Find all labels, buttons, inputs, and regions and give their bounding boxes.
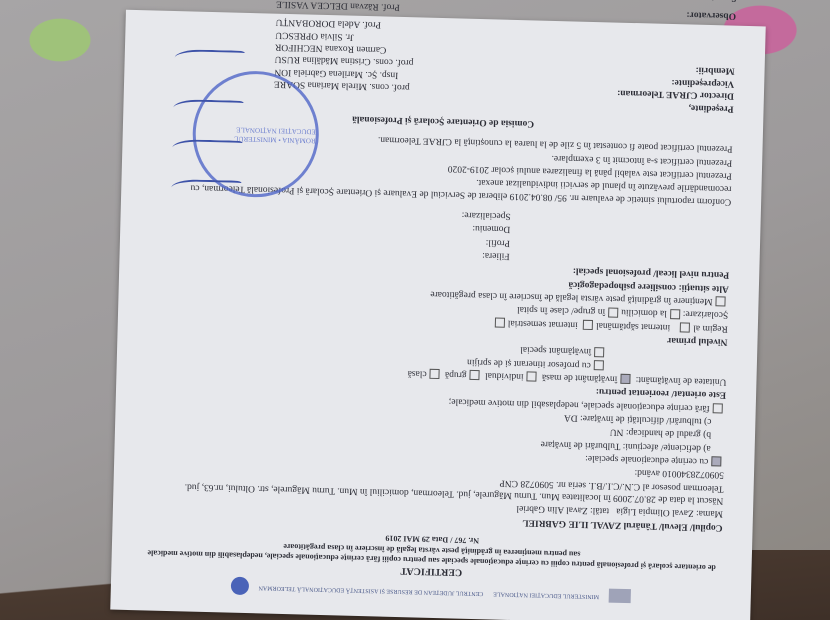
certificate-content: MINISTERUL EDUCAȚIEI NAȚIONALE CENTRUL J…	[141, 29, 736, 608]
mode-option: grupă	[445, 369, 467, 380]
checkbox-special	[594, 347, 604, 357]
checkbox-group	[470, 370, 480, 380]
checkbox-home	[670, 309, 680, 319]
signature	[174, 49, 245, 73]
internat-option: internat săptămânal	[596, 320, 670, 332]
certificate-paper: MINISTERUL EDUCAȚIEI NAȚIONALE CENTRUL J…	[110, 10, 765, 620]
checkbox-individual	[526, 372, 536, 382]
checkbox-no-cues	[713, 403, 723, 413]
unit-option: învățământ de masă	[542, 372, 618, 384]
schooling-label: Școlarizare:	[683, 309, 729, 320]
checkbox-mass	[620, 374, 630, 384]
unit-option: învățământ special	[520, 345, 591, 357]
checkbox-weekly	[583, 320, 593, 330]
internat-option: internat semestrial	[508, 318, 578, 330]
cues-label: cu cerințe educaționale speciale:	[585, 453, 708, 466]
regime-label: Regim al	[693, 322, 728, 333]
father: tatăl: Zaval Alin Gabriel	[516, 504, 609, 516]
checkbox-itinerant	[594, 360, 604, 370]
cjrae-logo-icon	[230, 577, 248, 595]
checkbox-regime	[680, 322, 690, 332]
mode-option: individual	[485, 370, 524, 381]
unit-option: cu profesor itinerant și de sprijin	[467, 356, 591, 369]
checkbox-semester	[495, 317, 505, 327]
schooling-option: în grupe/ clase în spital	[517, 304, 605, 316]
checkbox-class	[430, 369, 440, 379]
signature	[171, 179, 242, 203]
unit-label: Unitatea de învățământ:	[636, 374, 727, 386]
checkbox-kindergarten	[715, 296, 725, 306]
mode-option: clasă	[408, 368, 427, 378]
signature	[173, 99, 244, 123]
header-right: CENTRUL JUDEȚEAN DE RESURSE ȘI ASISTENȚĂ…	[259, 583, 484, 597]
signature	[172, 139, 243, 163]
mother: Mama: Zaval Olimpia Ligia	[616, 506, 723, 519]
ministry-logo-icon	[609, 589, 631, 604]
checkbox-cues	[711, 457, 721, 467]
header-left: MINISTERUL EDUCAȚIEI NAȚIONALE	[493, 589, 599, 600]
checkbox-hospital	[608, 307, 618, 317]
schooling-option: la domiciliu	[621, 307, 667, 318]
